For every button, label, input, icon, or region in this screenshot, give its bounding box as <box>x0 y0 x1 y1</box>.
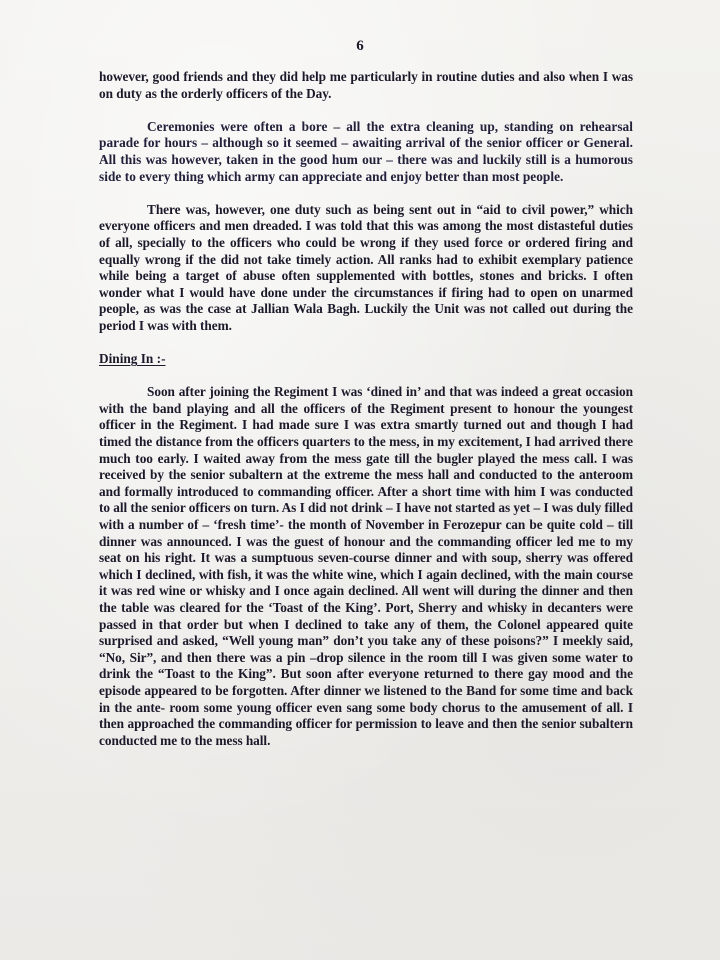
paragraph-ceremonies: Ceremonies were often a bore – all the e… <box>99 119 633 185</box>
section-heading-dining-in: Dining In :- <box>99 351 633 368</box>
page-number: 6 <box>0 38 720 55</box>
paragraph-aid-to-civil-power: There was, however, one duty such as bei… <box>99 202 633 335</box>
document-page: 6 however, good friends and they did hel… <box>0 0 720 960</box>
paragraph-continuation: however, good friends and they did help … <box>99 69 633 102</box>
paragraph-dining-in: Soon after joining the Regiment I was ‘d… <box>99 384 633 749</box>
body-text: however, good friends and they did help … <box>99 69 633 749</box>
